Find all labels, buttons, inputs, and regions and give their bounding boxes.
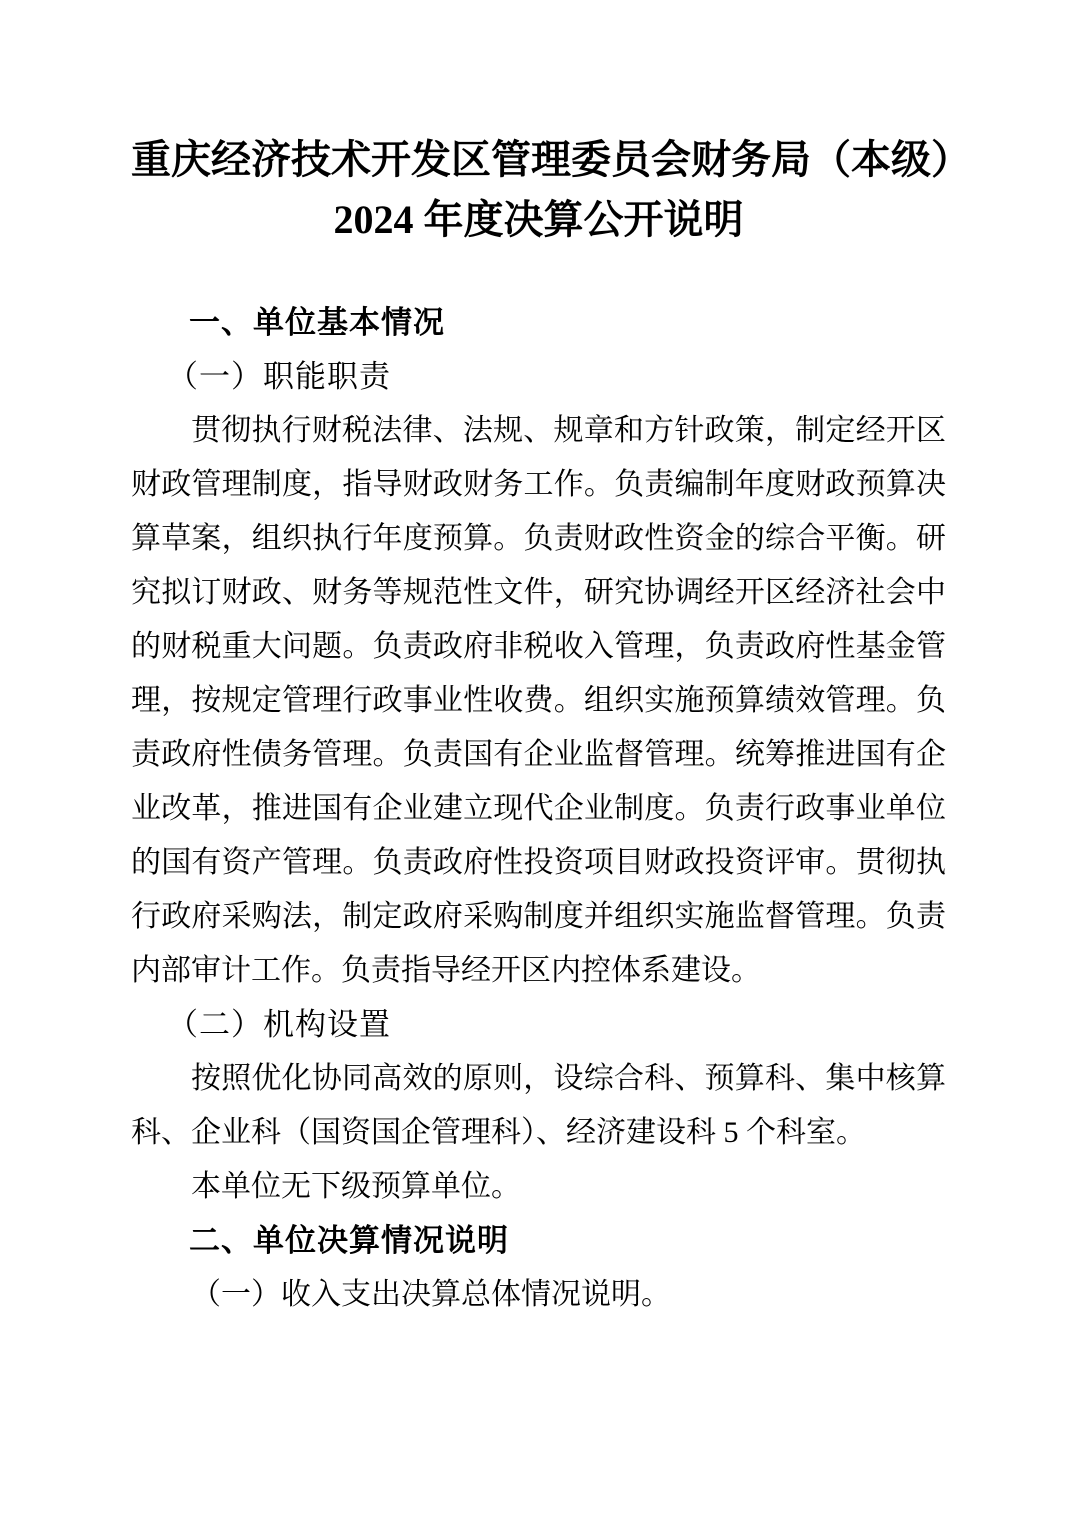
document-title-line-2: 2024 年度决算公开说明 bbox=[131, 190, 946, 250]
section-heading-basic-info: 一、单位基本情况 bbox=[131, 296, 946, 350]
section-heading-final-accounts: 二、单位决算情况说明 bbox=[131, 1214, 946, 1268]
document-title: 重庆经济技术开发区管理委员会财务局（本级） 2024 年度决算公开说明 bbox=[131, 130, 946, 250]
subsection-heading-functions: （一）职能职责 bbox=[131, 350, 946, 404]
subsection-heading-organization: （二）机构设置 bbox=[131, 998, 946, 1052]
document-page: 重庆经济技术开发区管理委员会财务局（本级） 2024 年度决算公开说明 一、单位… bbox=[0, 0, 1075, 1520]
document-title-line-1: 重庆经济技术开发区管理委员会财务局（本级） bbox=[131, 130, 946, 190]
paragraph-heading-revenue-expenditure-overview: （一）收入支出决算总体情况说明。 bbox=[131, 1268, 946, 1322]
paragraph-no-subordinate-units: 本单位无下级预算单位。 bbox=[131, 1160, 946, 1214]
paragraph-organization: 按照优化协同高效的原则，设综合科、预算科、集中核算科、企业科（国资国企管理科）、… bbox=[131, 1052, 946, 1160]
document-content: 重庆经济技术开发区管理委员会财务局（本级） 2024 年度决算公开说明 一、单位… bbox=[0, 130, 1075, 1322]
paragraph-functions: 贯彻执行财税法律、法规、规章和方针政策，制定经开区财政管理制度，指导财政财务工作… bbox=[131, 404, 946, 998]
